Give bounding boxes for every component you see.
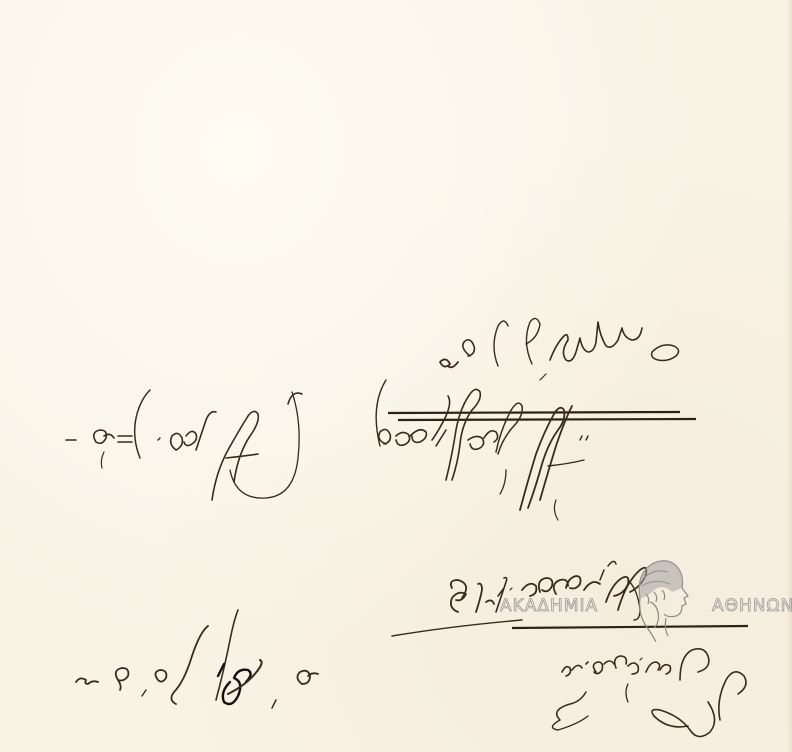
double-underline-1 (388, 412, 696, 420)
handwriting-line-5 (76, 610, 318, 708)
academy-of-athens-watermark: ΑΚΑΔΗΜΙΑ ΑΘΗΝΩΝ (498, 588, 792, 632)
handwriting-line-4 (552, 649, 746, 737)
handwriting-line-2 (66, 380, 588, 520)
manuscript-page: ΑΚΑΔΗΜΙΑ ΑΘΗΝΩΝ ναυτιλία - α-(Αθ.) Αθηνα… (0, 0, 792, 752)
watermark-text-left: ΑΚΑΔΗΜΙΑ (500, 596, 598, 616)
watermark-text-right: ΑΘΗΝΩΝ (712, 596, 792, 616)
athena-head-icon (626, 558, 690, 642)
handwriting-line-1 (440, 318, 679, 380)
